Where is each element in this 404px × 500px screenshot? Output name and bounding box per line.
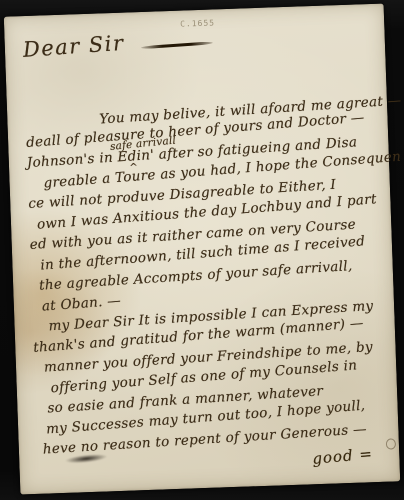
salutation: Dear Sir: [22, 31, 125, 62]
letter-page: C.1655 Dear Sir You may belive, it will …: [4, 4, 400, 495]
letter-body: You may belive, it will afoard me agreat…: [25, 100, 385, 460]
catalog-annotation: C.1655: [180, 18, 215, 28]
catchword: good =: [312, 445, 374, 468]
photo-background: C.1655 Dear Sir You may belive, it will …: [0, 0, 404, 500]
salutation-row: Dear Sir: [22, 30, 212, 61]
edge-mark: [386, 438, 396, 449]
salutation-flourish: [140, 41, 212, 49]
